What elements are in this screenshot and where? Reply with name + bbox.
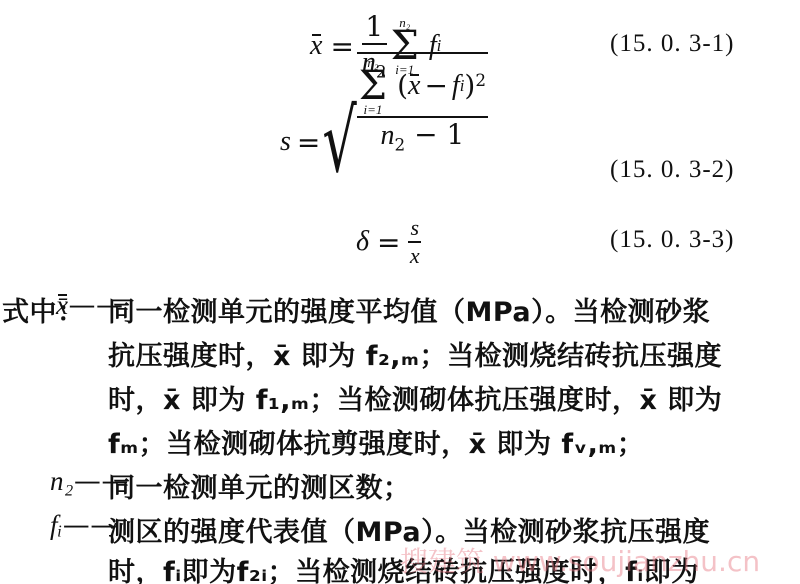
equation-3: δ = s x <box>356 212 421 272</box>
equation-number-1: (15. 0. 3-1) <box>610 30 734 58</box>
equation-number-3: (15. 0. 3-3) <box>610 226 734 254</box>
definition-n2-line-1: 同一检测单元的测区数； <box>108 466 411 505</box>
definition-xbar-line-3: 时，x̄ 即为 f₁,ₘ；当检测砌体抗压强度时，x̄ 即为 <box>108 378 722 417</box>
equation-number-2: (15. 0. 3-2) <box>610 156 734 184</box>
sqrt-symbol: √ <box>322 99 356 185</box>
sqrt-radicand: n₂ Σ i=1 ( x − fi )2 n2 − 1 <box>357 52 488 155</box>
x-bar-symbol: x <box>310 30 322 62</box>
watermark: 搜建筑 www.soujianzhu.cn <box>400 540 760 580</box>
definition-xbar-line-1: 同一检测单元的强度平均值（MPa）。当检测砂浆 <box>108 290 710 329</box>
summation-symbol: n₂ Σ i=1 <box>359 56 387 116</box>
equation-2: s = √ n₂ Σ i=1 ( x − fi )2 n2 − 1 <box>280 92 488 192</box>
definition-xbar-line-2: 抗压强度时，x̄ 即为 f₂,ₘ；当检测烧结砖抗压强度 <box>108 334 722 373</box>
definition-xbar-line-4: fₘ；当检测砌体抗剪强度时，x̄ 即为 fᵥ,ₘ； <box>108 422 644 461</box>
